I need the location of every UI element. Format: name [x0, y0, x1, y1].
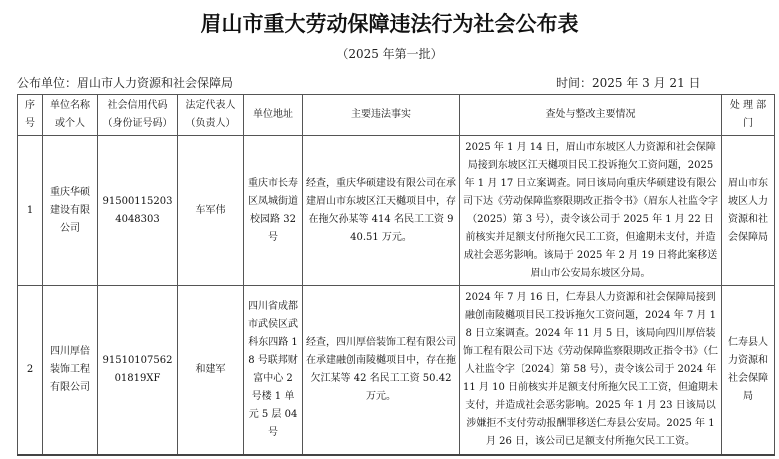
cell-facts: 经查，四川厚倍装饰工程有限公司在承建融创南陵樾项目中，存在拖欠江某等 42 名民… — [303, 286, 460, 456]
publish-date: 时间：2025 年 3 月 21 日 — [556, 74, 701, 91]
header-rep: 法定代表人（负责人） — [178, 95, 244, 136]
cell-address: 四川省成都市武侯区武科东四路 18 号联邦财富中心 2 号楼 1 单元 5 层 … — [244, 286, 303, 456]
cell-code: 915001152034048303 — [98, 136, 178, 286]
violations-table: 序号 单位名称或个人 社会信用代码（身份证号码） 法定代表人（负责人） 单位地址… — [17, 94, 775, 456]
header-seq: 序号 — [18, 95, 43, 136]
document-title: 眉山市重大劳动保障违法行为社会公布表 — [0, 8, 779, 38]
cell-dept: 仁寿县人力资源和社会保障局 — [722, 286, 775, 456]
header-address: 单位地址 — [244, 95, 303, 136]
cell-seq: 1 — [18, 136, 43, 286]
cell-facts: 经查，重庆华硕建设有限公司在承建眉山市东坡区江天樾项目中，存在拖欠孙某等 414… — [303, 136, 460, 286]
table-row: 1 重庆华硕建设有限公司 915001152034048303 车军伟 重庆市长… — [18, 136, 775, 286]
table-header-row: 序号 单位名称或个人 社会信用代码（身份证号码） 法定代表人（负责人） 单位地址… — [18, 95, 775, 136]
cell-dept: 眉山市东坡区人力资源和社会保障局 — [722, 136, 775, 286]
header-code: 社会信用代码（身份证号码） — [98, 95, 178, 136]
header-name: 单位名称或个人 — [43, 95, 98, 136]
header-facts: 主要违法事实 — [303, 95, 460, 136]
cell-seq: 2 — [18, 286, 43, 456]
cell-handling: 2024 年 7 月 16 日，仁寿县人力资源和社会保障局接到融创南陵樾项目民工… — [460, 286, 722, 456]
document-subtitle: （2025 年第一批） — [0, 45, 779, 62]
table-row: 2 四川厚倍装饰工程有限公司 91510107562 01819XF 和建军 四… — [18, 286, 775, 456]
cell-handling: 2025 年 1 月 14 日，眉山市东坡区人力资源和社会保障局接到东坡区江天樾… — [460, 136, 722, 286]
cell-rep: 车军伟 — [178, 136, 244, 286]
publisher-label: 公布单位：眉山市人力资源和社会保障局 — [17, 74, 233, 91]
cell-name: 四川厚倍装饰工程有限公司 — [43, 286, 98, 456]
cell-rep: 和建军 — [178, 286, 244, 456]
header-handling: 查处与整改主要情况 — [460, 95, 722, 136]
cell-code: 91510107562 01819XF — [98, 286, 178, 456]
cell-address: 重庆市长寿区凤城街道校园路 32 号 — [244, 136, 303, 286]
header-dept: 处 理 部 门 — [722, 95, 775, 136]
cell-name: 重庆华硕建设有限公司 — [43, 136, 98, 286]
